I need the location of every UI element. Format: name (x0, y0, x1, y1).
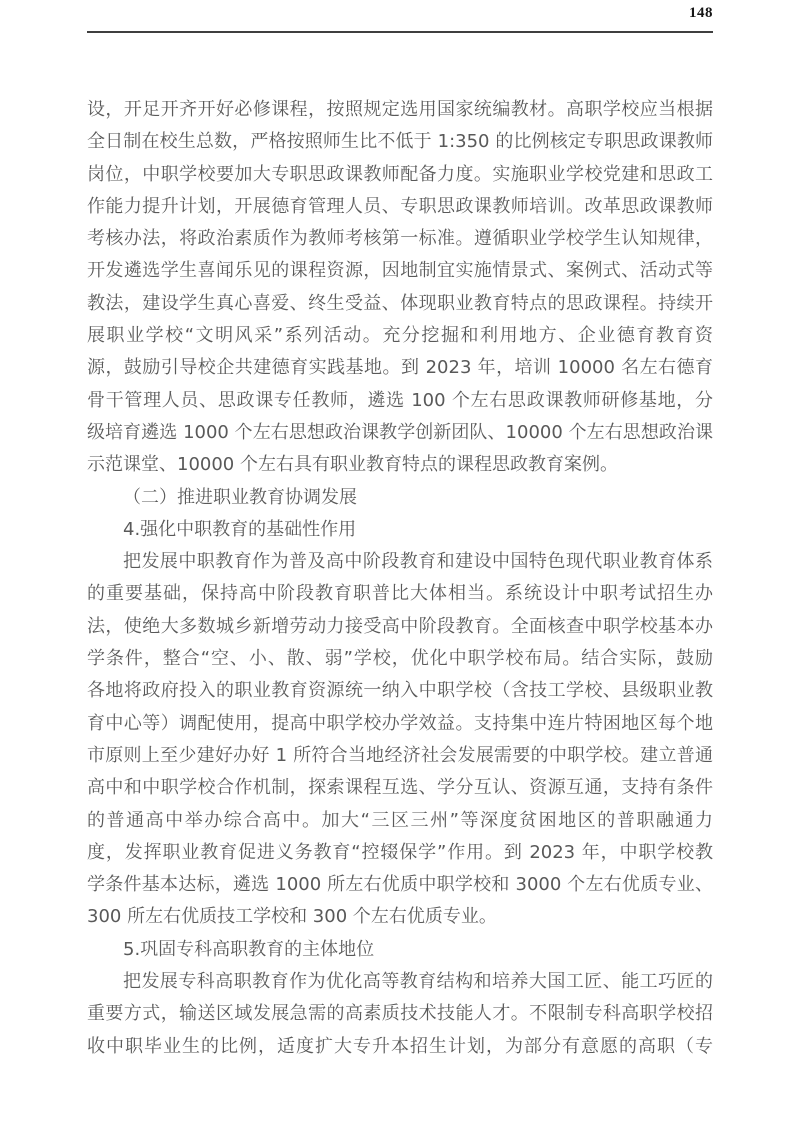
subsection-heading: 4.强化中职教育的基础性作用 (87, 514, 713, 546)
body-line: 学条件，整合“空、小、散、弱”学校，优化中职学校布局。结合实际，鼓励 (87, 643, 713, 675)
body-line: 收中职毕业生的比例，适度扩大专升本招生计划，为部分有意愿的高职（专 (87, 1031, 713, 1063)
body-line: 度，发挥职业教育促进义务教育“控辍保学”作用。到 2023 年，中职学校教 (87, 837, 713, 869)
body-line: 考核办法，将政治素质作为教师考核第一标准。遵循职业学校学生认知规律， (87, 223, 713, 255)
body-line: 学条件基本达标，遴选 1000 所左右优质中职学校和 3000 个左右优质专业、 (87, 869, 713, 901)
body-line: 展职业学校“文明风采”系列活动。充分挖掘和利用地方、企业德育教育资 (87, 320, 713, 352)
document-body: 设，开足开齐开好必修课程，按照规定选用国家统编教材。高职学校应当根据全日制在校生… (87, 94, 713, 1063)
body-line: 重要方式，输送区域发展急需的高素质技术技能人才。不限制专科高职学校招 (87, 998, 713, 1030)
document-page: 148 设，开足开齐开好必修课程，按照规定选用国家统编教材。高职学校应当根据全日… (0, 0, 793, 1122)
body-line: 骨干管理人员、思政课专任教师，遴选 100 个左右思政课教师研修基地，分 (87, 385, 713, 417)
body-line: 市原则上至少建好办好 1 所符合当地经济社会发展需要的中职学校。建立普通 (87, 740, 713, 772)
body-line: 把发展专科高职教育作为优化高等教育结构和培养大国工匠、能工巧匠的 (87, 966, 713, 998)
body-line: 300 所左右优质技工学校和 300 个左右优质专业。 (87, 901, 713, 933)
body-line: 把发展中职教育作为普及高中阶段教育和建设中国特色现代职业教育体系 (87, 546, 713, 578)
body-line: 法，使绝大多数城乡新增劳动力接受高中阶段教育。全面核查中职学校基本办 (87, 611, 713, 643)
body-line: 开发遴选学生喜闻乐见的课程资源，因地制宜实施情景式、案例式、活动式等 (87, 255, 713, 287)
body-line: 的重要基础，保持高中阶段教育职普比大体相当。系统设计中职考试招生办 (87, 578, 713, 610)
section-heading: （二）推进职业教育协调发展 (87, 482, 713, 514)
body-line: 设，开足开齐开好必修课程，按照规定选用国家统编教材。高职学校应当根据 (87, 94, 713, 126)
subsection-heading: 5.巩固专科高职教育的主体地位 (87, 934, 713, 966)
header-rule (87, 31, 713, 33)
body-line: 高中和中职学校合作机制，探索课程互选、学分互认、资源互通，支持有条件 (87, 772, 713, 804)
body-line: 全日制在校生总数，严格按照师生比不低于 1:350 的比例核定专职思政课教师 (87, 126, 713, 158)
body-line: 的普通高中举办综合高中。加大“三区三州”等深度贫困地区的普职融通力 (87, 805, 713, 837)
page-number: 148 (689, 5, 713, 21)
body-line: 作能力提升计划，开展德育管理人员、专职思政课教师培训。改革思政课教师 (87, 191, 713, 223)
body-line: 岗位，中职学校要加大专职思政课教师配备力度。实施职业学校党建和思政工 (87, 159, 713, 191)
body-line: 源，鼓励引导校企共建德育实践基地。到 2023 年，培训 10000 名左右德育 (87, 352, 713, 384)
body-line: 育中心等）调配使用，提高中职学校办学效益。支持集中连片特困地区每个地 (87, 708, 713, 740)
body-line: 教法，建设学生真心喜爱、终生受益、体现职业教育特点的思政课程。持续开 (87, 288, 713, 320)
page-header: 148 (87, 2, 713, 22)
body-line: 各地将政府投入的职业教育资源统一纳入中职学校（含技工学校、县级职业教 (87, 675, 713, 707)
body-line: 示范课堂、10000 个左右具有职业教育特点的课程思政教育案例。 (87, 449, 713, 481)
body-line: 级培育遴选 1000 个左右思想政治课教学创新团队、10000 个左右思想政治课 (87, 417, 713, 449)
